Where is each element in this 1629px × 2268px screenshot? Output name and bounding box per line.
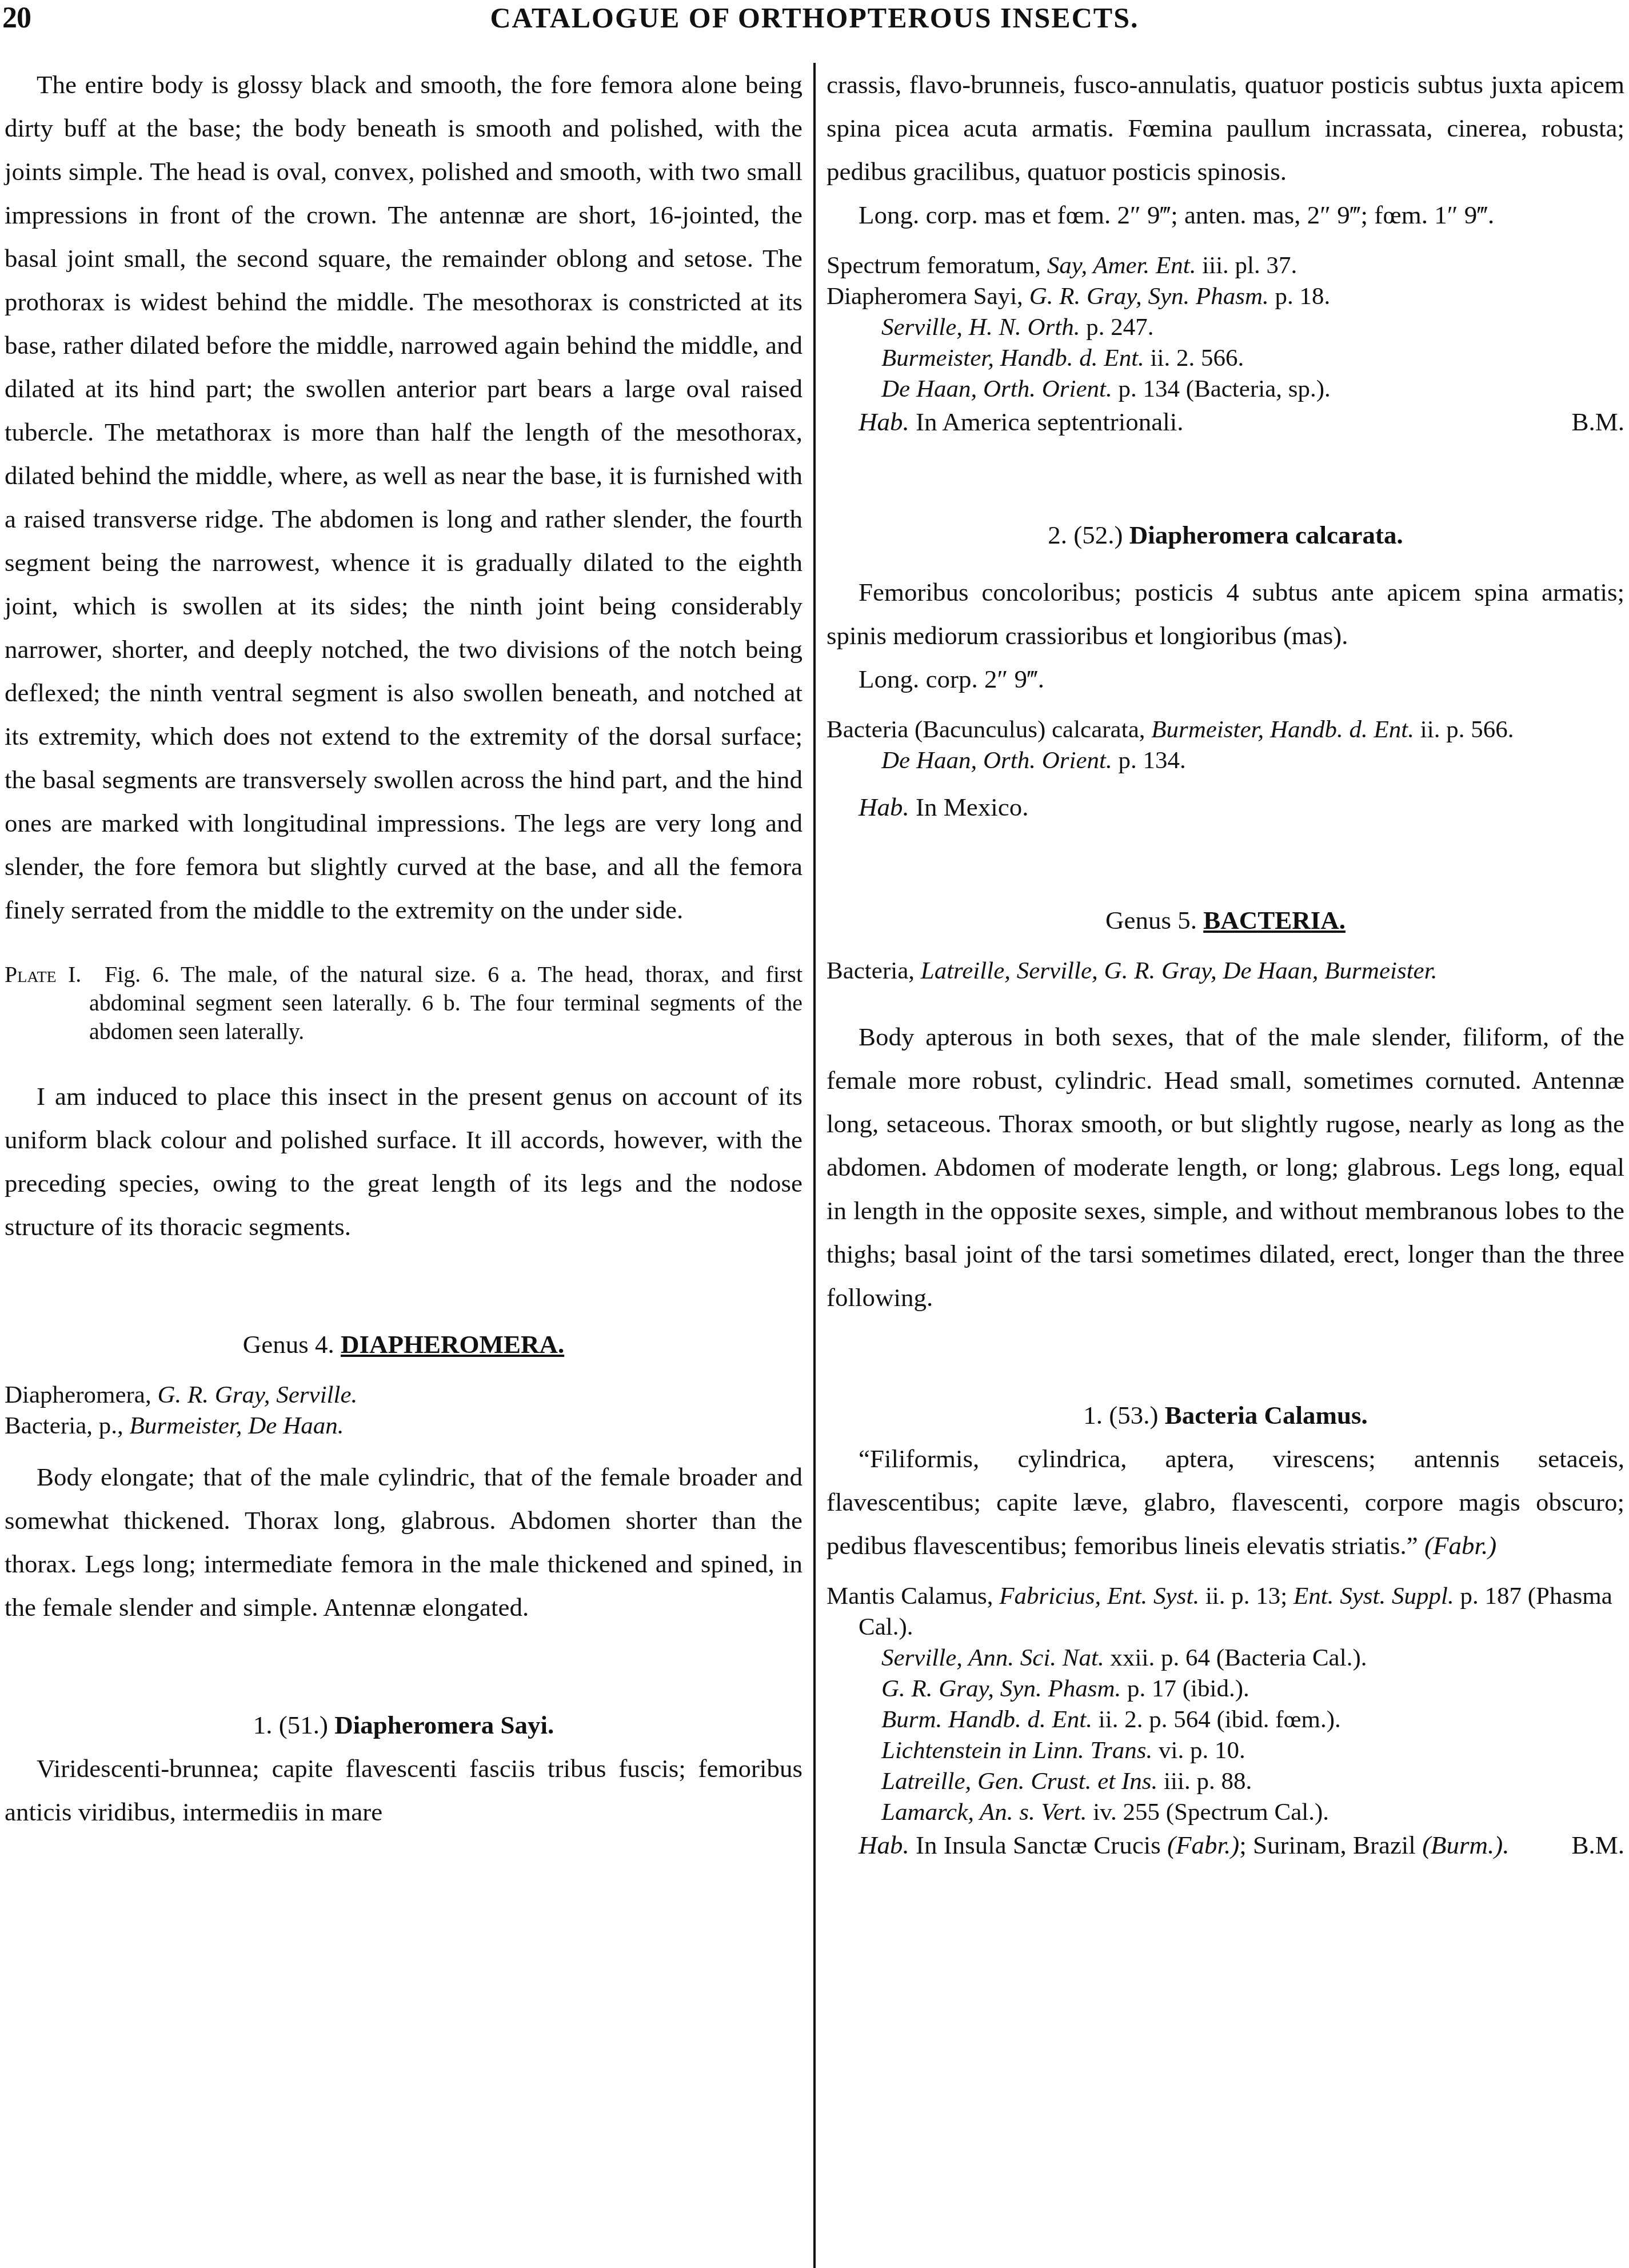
genus-synonymy-line: Bacteria, Latreille, Serville, G. R. Gra… (827, 956, 1624, 987)
ref-locator: ii. 2. 566. (1144, 345, 1244, 372)
reference-line: De Haan, Orth. Orient. p. 134. (827, 745, 1624, 776)
synonym-authority: Latreille, Serville, G. R. Gray, De Haan… (921, 957, 1438, 984)
plate-label: Plate I. (5, 961, 81, 987)
reference-line: Serville, H. N. Orth. p. 247. (827, 312, 1624, 343)
species-measurements: Long. corp. mas et fœm. 2″ 9‴; anten. ma… (827, 193, 1624, 237)
species-name: Diapheromera Sayi. (334, 1711, 554, 1739)
ref-work: Fabricius, Ent. Syst. (999, 1583, 1199, 1610)
habitat-text: In Insula Sanctæ Crucis (916, 1831, 1167, 1859)
habitat-label: Hab. (859, 793, 909, 821)
document-page: 20 CATALOGUE OF ORTHOPTEROUS INSECTS. Th… (0, 0, 1629, 2268)
plate-caption: Plate I. Fig. 6. The male, of the natura… (5, 960, 802, 1046)
habitat-line: Hab. In Mexico. (827, 790, 1624, 824)
genus-prefix: Genus 5. (1105, 906, 1197, 935)
collection-mark: B.M. (1539, 1828, 1624, 1862)
ref-locator: iv. 255 (Spectrum Cal.). (1087, 1799, 1329, 1826)
genus-description: Body elongate; that of the male cylindri… (5, 1455, 802, 1629)
reference-line: Diapheromera Sayi, G. R. Gray, Syn. Phas… (827, 281, 1624, 312)
right-column: crassis, flavo-brunneis, fusco-annulatis… (827, 63, 1624, 1862)
diagnosis-text: “Filiformis, cylindrica, aptera, viresce… (827, 1444, 1624, 1560)
species-diagnosis-start: Viridescenti-brunnea; capite flavescenti… (5, 1747, 802, 1834)
remark-paragraph: I am induced to place this insect in the… (5, 1075, 802, 1248)
habitat-line: Hab. In Insula Sanctæ Crucis (Fabr.); Su… (827, 1828, 1624, 1862)
ref-work: Serville, Ann. Sci. Nat. (881, 1644, 1104, 1671)
reference-line: Bacteria (Bacunculus) calcarata, Burmeis… (827, 714, 1624, 745)
ref-locator: p. 18. (1269, 283, 1331, 310)
reference-line: Lichtenstein in Linn. Trans. vi. p. 10. (827, 1735, 1624, 1766)
genus-prefix: Genus 4. (243, 1330, 334, 1359)
ref-locator: iii. p. 88. (1157, 1768, 1252, 1795)
habitat-text: In Mexico. (916, 793, 1028, 821)
ref-locator: p. 17 (ibid.). (1121, 1675, 1249, 1702)
diagnosis-source: (Fabr.) (1424, 1531, 1496, 1560)
reference-line: G. R. Gray, Syn. Phasm. p. 17 (ibid.). (827, 1674, 1624, 1704)
reference-line: Spectrum femoratum, Say, Amer. Ent. iii.… (827, 250, 1624, 281)
collection-mark: B.M. (1571, 405, 1624, 439)
species-name: Bacteria Calamus. (1165, 1401, 1368, 1430)
ref-locator: ii. p. 13; (1199, 1583, 1293, 1610)
synonym-name: Bacteria, p., (5, 1412, 130, 1439)
ref-work: Burmeister, Handb. d. Ent. (881, 345, 1144, 372)
plate-caption-text: Fig. 6. The male, of the natural size. 6… (89, 961, 802, 1044)
ref-locator: ii. 2. p. 564 (ibid. fœm.). (1092, 1706, 1341, 1733)
left-column: The entire body is glossy black and smoo… (5, 63, 802, 1834)
ref-locator: p. 247. (1080, 314, 1154, 341)
species-measurements: Long. corp. 2″ 9‴. (827, 657, 1624, 701)
species-number: 1. (53.) (1083, 1401, 1158, 1430)
ref-work: Ent. Syst. Suppl. (1293, 1583, 1454, 1610)
ref-work: Serville, H. N. Orth. (881, 314, 1080, 341)
ref-locator: ii. p. 566. (1414, 716, 1514, 743)
genus-heading-diapheromera: Genus 4. DIAPHEROMERA. (5, 1323, 802, 1366)
species-heading-52: 2. (52.) Diapheromera calcarata. (827, 513, 1624, 557)
ref-work: De Haan, Orth. Orient. (881, 747, 1112, 774)
ref-name: Bacteria (Bacunculus) calcarata, (827, 716, 1151, 743)
species-diagnosis-continued: crassis, flavo-brunneis, fusco-annulatis… (827, 63, 1624, 193)
synonym-name: Diapheromera, (5, 1381, 157, 1408)
reference-line: Burmeister, Handb. d. Ent. ii. 2. 566. (827, 343, 1624, 374)
ref-work: Lamarck, An. s. Vert. (881, 1799, 1087, 1826)
species-heading-51: 1. (51.) Diapheromera Sayi. (5, 1703, 802, 1747)
genus-synonymy-line: Diapheromera, G. R. Gray, Serville. (5, 1380, 802, 1411)
ref-locator: xxii. p. 64 (Bacteria Cal.). (1104, 1644, 1367, 1671)
synonym-authority: G. R. Gray, Serville. (157, 1381, 357, 1408)
ref-work: De Haan, Orth. Orient. (881, 376, 1112, 402)
habitat-text: ; Surinam, Brazil (1239, 1831, 1422, 1859)
genus-heading-bacteria: Genus 5. BACTERIA. (827, 899, 1624, 942)
species-name: Diapheromera calcarata. (1129, 521, 1403, 549)
reference-line: Lamarck, An. s. Vert. iv. 255 (Spectrum … (827, 1797, 1624, 1828)
species-number: 2. (52.) (1048, 521, 1123, 549)
reference-line: Latreille, Gen. Crust. et Ins. iii. p. 8… (827, 1766, 1624, 1797)
species-heading-53: 1. (53.) Bacteria Calamus. (827, 1393, 1624, 1437)
habitat-label: Hab. (859, 1831, 909, 1859)
species-diagnosis: “Filiformis, cylindrica, aptera, viresce… (827, 1437, 1624, 1567)
ref-work: Burmeister, Handb. d. Ent. (1151, 716, 1414, 743)
ref-name: Mantis Calamus, (827, 1583, 999, 1610)
ref-work: Latreille, Gen. Crust. et Ins. (881, 1768, 1157, 1795)
ref-name: Spectrum femoratum, (827, 252, 1047, 279)
species-number: 1. (51.) (253, 1711, 328, 1739)
reference-line: Burm. Handb. d. Ent. ii. 2. p. 564 (ibid… (827, 1704, 1624, 1735)
genus-name: BACTERIA. (1203, 906, 1345, 935)
genus-description: Body apterous in both sexes, that of the… (827, 1015, 1624, 1319)
reference-line: Mantis Calamus, Fabricius, Ent. Syst. ii… (827, 1581, 1624, 1643)
habitat-source: (Burm.). (1422, 1831, 1509, 1859)
genus-name: DIAPHEROMERA. (341, 1330, 564, 1359)
ref-name: Diapheromera Sayi, (827, 283, 1029, 310)
ref-locator: p. 134. (1112, 747, 1186, 774)
ref-work: G. R. Gray, Syn. Phasm. (1029, 283, 1269, 310)
ref-work: G. R. Gray, Syn. Phasm. (881, 1675, 1121, 1702)
genus-synonymy-line: Bacteria, p., Burmeister, De Haan. (5, 1411, 802, 1442)
ref-locator: vi. p. 10. (1152, 1737, 1245, 1764)
ref-locator: p. 134 (Bacteria, sp.). (1112, 376, 1331, 402)
ref-work: Lichtenstein in Linn. Trans. (881, 1737, 1152, 1764)
habitat-source: (Fabr.) (1167, 1831, 1239, 1859)
column-divider (813, 63, 816, 2268)
species-diagnosis: Femoribus concoloribus; posticis 4 subtu… (827, 570, 1624, 657)
species-description-paragraph: The entire body is glossy black and smoo… (5, 63, 802, 932)
habitat-text: In America septentrionali. (916, 408, 1184, 436)
reference-line: De Haan, Orth. Orient. p. 134 (Bacteria,… (827, 374, 1624, 405)
synonym-name: Bacteria, (827, 957, 921, 984)
running-head: 20 CATALOGUE OF ORTHOPTEROUS INSECTS. (0, 0, 1629, 46)
ref-work: Say, Amer. Ent. (1047, 252, 1196, 279)
habitat-label: Hab. (859, 408, 909, 436)
ref-locator: iii. pl. 37. (1196, 252, 1297, 279)
synonym-authority: Burmeister, De Haan. (130, 1412, 344, 1439)
running-title: CATALOGUE OF ORTHOPTEROUS INSECTS. (0, 1, 1629, 34)
ref-work: Burm. Handb. d. Ent. (881, 1706, 1092, 1733)
reference-line: Serville, Ann. Sci. Nat. xxii. p. 64 (Ba… (827, 1643, 1624, 1674)
habitat-line: Hab. In America septentrionali.B.M. (827, 405, 1624, 439)
